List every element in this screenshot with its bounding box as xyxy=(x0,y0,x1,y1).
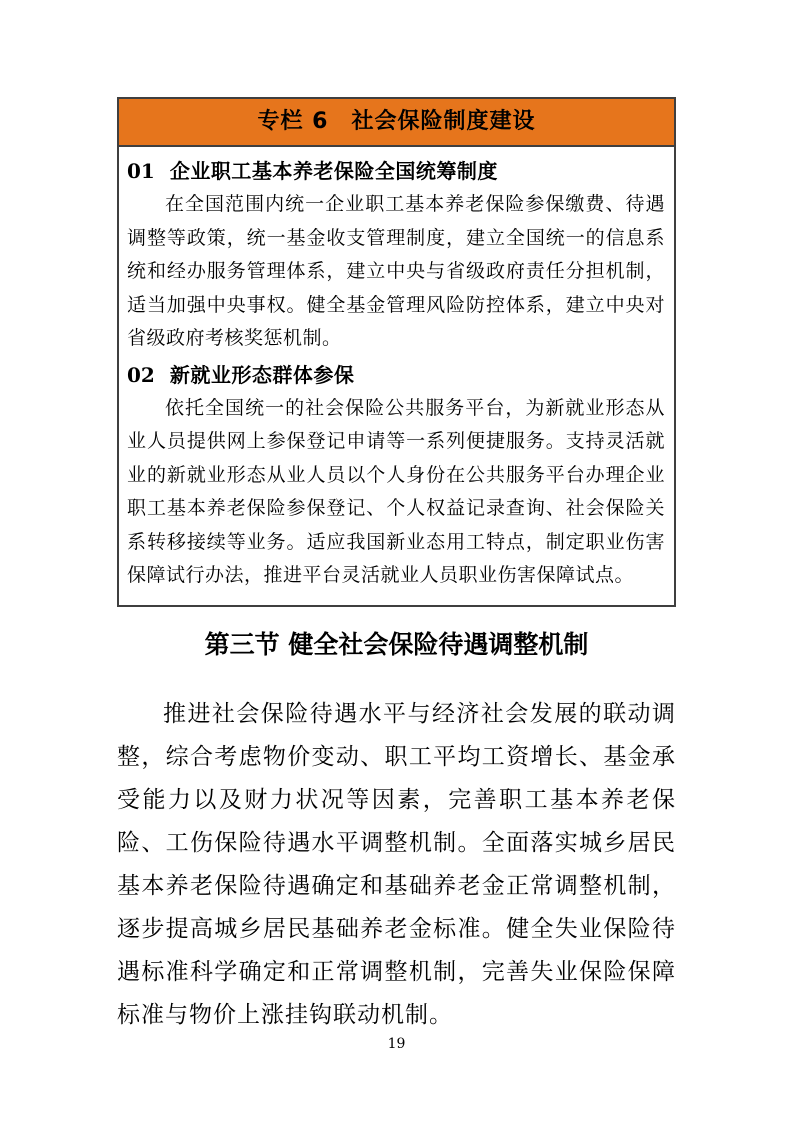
section-body-paragraph: 推进社会保险待遇水平与经济社会发展的联动调整，综合考虑物价变动、职工平均工资增长… xyxy=(117,693,676,1037)
policy-panel-body: 01 企业职工基本养老保险全国统筹制度 在全国范围内统一企业职工基本养老保险参保… xyxy=(119,147,674,605)
policy-item-2-text: 依托全国统一的社会保险公共服务平台，为新就业形态从业人员提供网上参保登记申请等一… xyxy=(127,392,665,593)
policy-item-2: 02 新就业形态群体参保 依托全国统一的社会保险公共服务平台，为新就业形态从业人… xyxy=(127,358,665,593)
policy-panel-title: 专栏 6 社会保险制度建设 xyxy=(119,99,674,147)
policy-item-1-text: 在全国范围内统一企业职工基本养老保险参保缴费、待遇调整等政策，统一基金收支管理制… xyxy=(127,188,665,356)
policy-item-1: 01 企业职工基本养老保险全国统筹制度 在全国范围内统一企业职工基本养老保险参保… xyxy=(127,154,665,356)
policy-item-1-heading: 01 企业职工基本养老保险全国统筹制度 xyxy=(127,154,665,188)
document-page: 专栏 6 社会保险制度建设 01 企业职工基本养老保险全国统筹制度 在全国范围内… xyxy=(0,0,793,1122)
policy-item-2-title: 新就业形态群体参保 xyxy=(170,358,355,392)
policy-item-2-number: 02 xyxy=(127,358,155,392)
policy-item-2-heading: 02 新就业形态群体参保 xyxy=(127,358,665,392)
section-heading: 第三节 健全社会保险待遇调整机制 xyxy=(117,628,676,662)
policy-panel: 专栏 6 社会保险制度建设 01 企业职工基本养老保险全国统筹制度 在全国范围内… xyxy=(117,97,676,607)
policy-item-1-number: 01 xyxy=(127,154,155,188)
policy-item-1-title: 企业职工基本养老保险全国统筹制度 xyxy=(170,154,498,188)
page-number: 19 xyxy=(0,1036,793,1052)
